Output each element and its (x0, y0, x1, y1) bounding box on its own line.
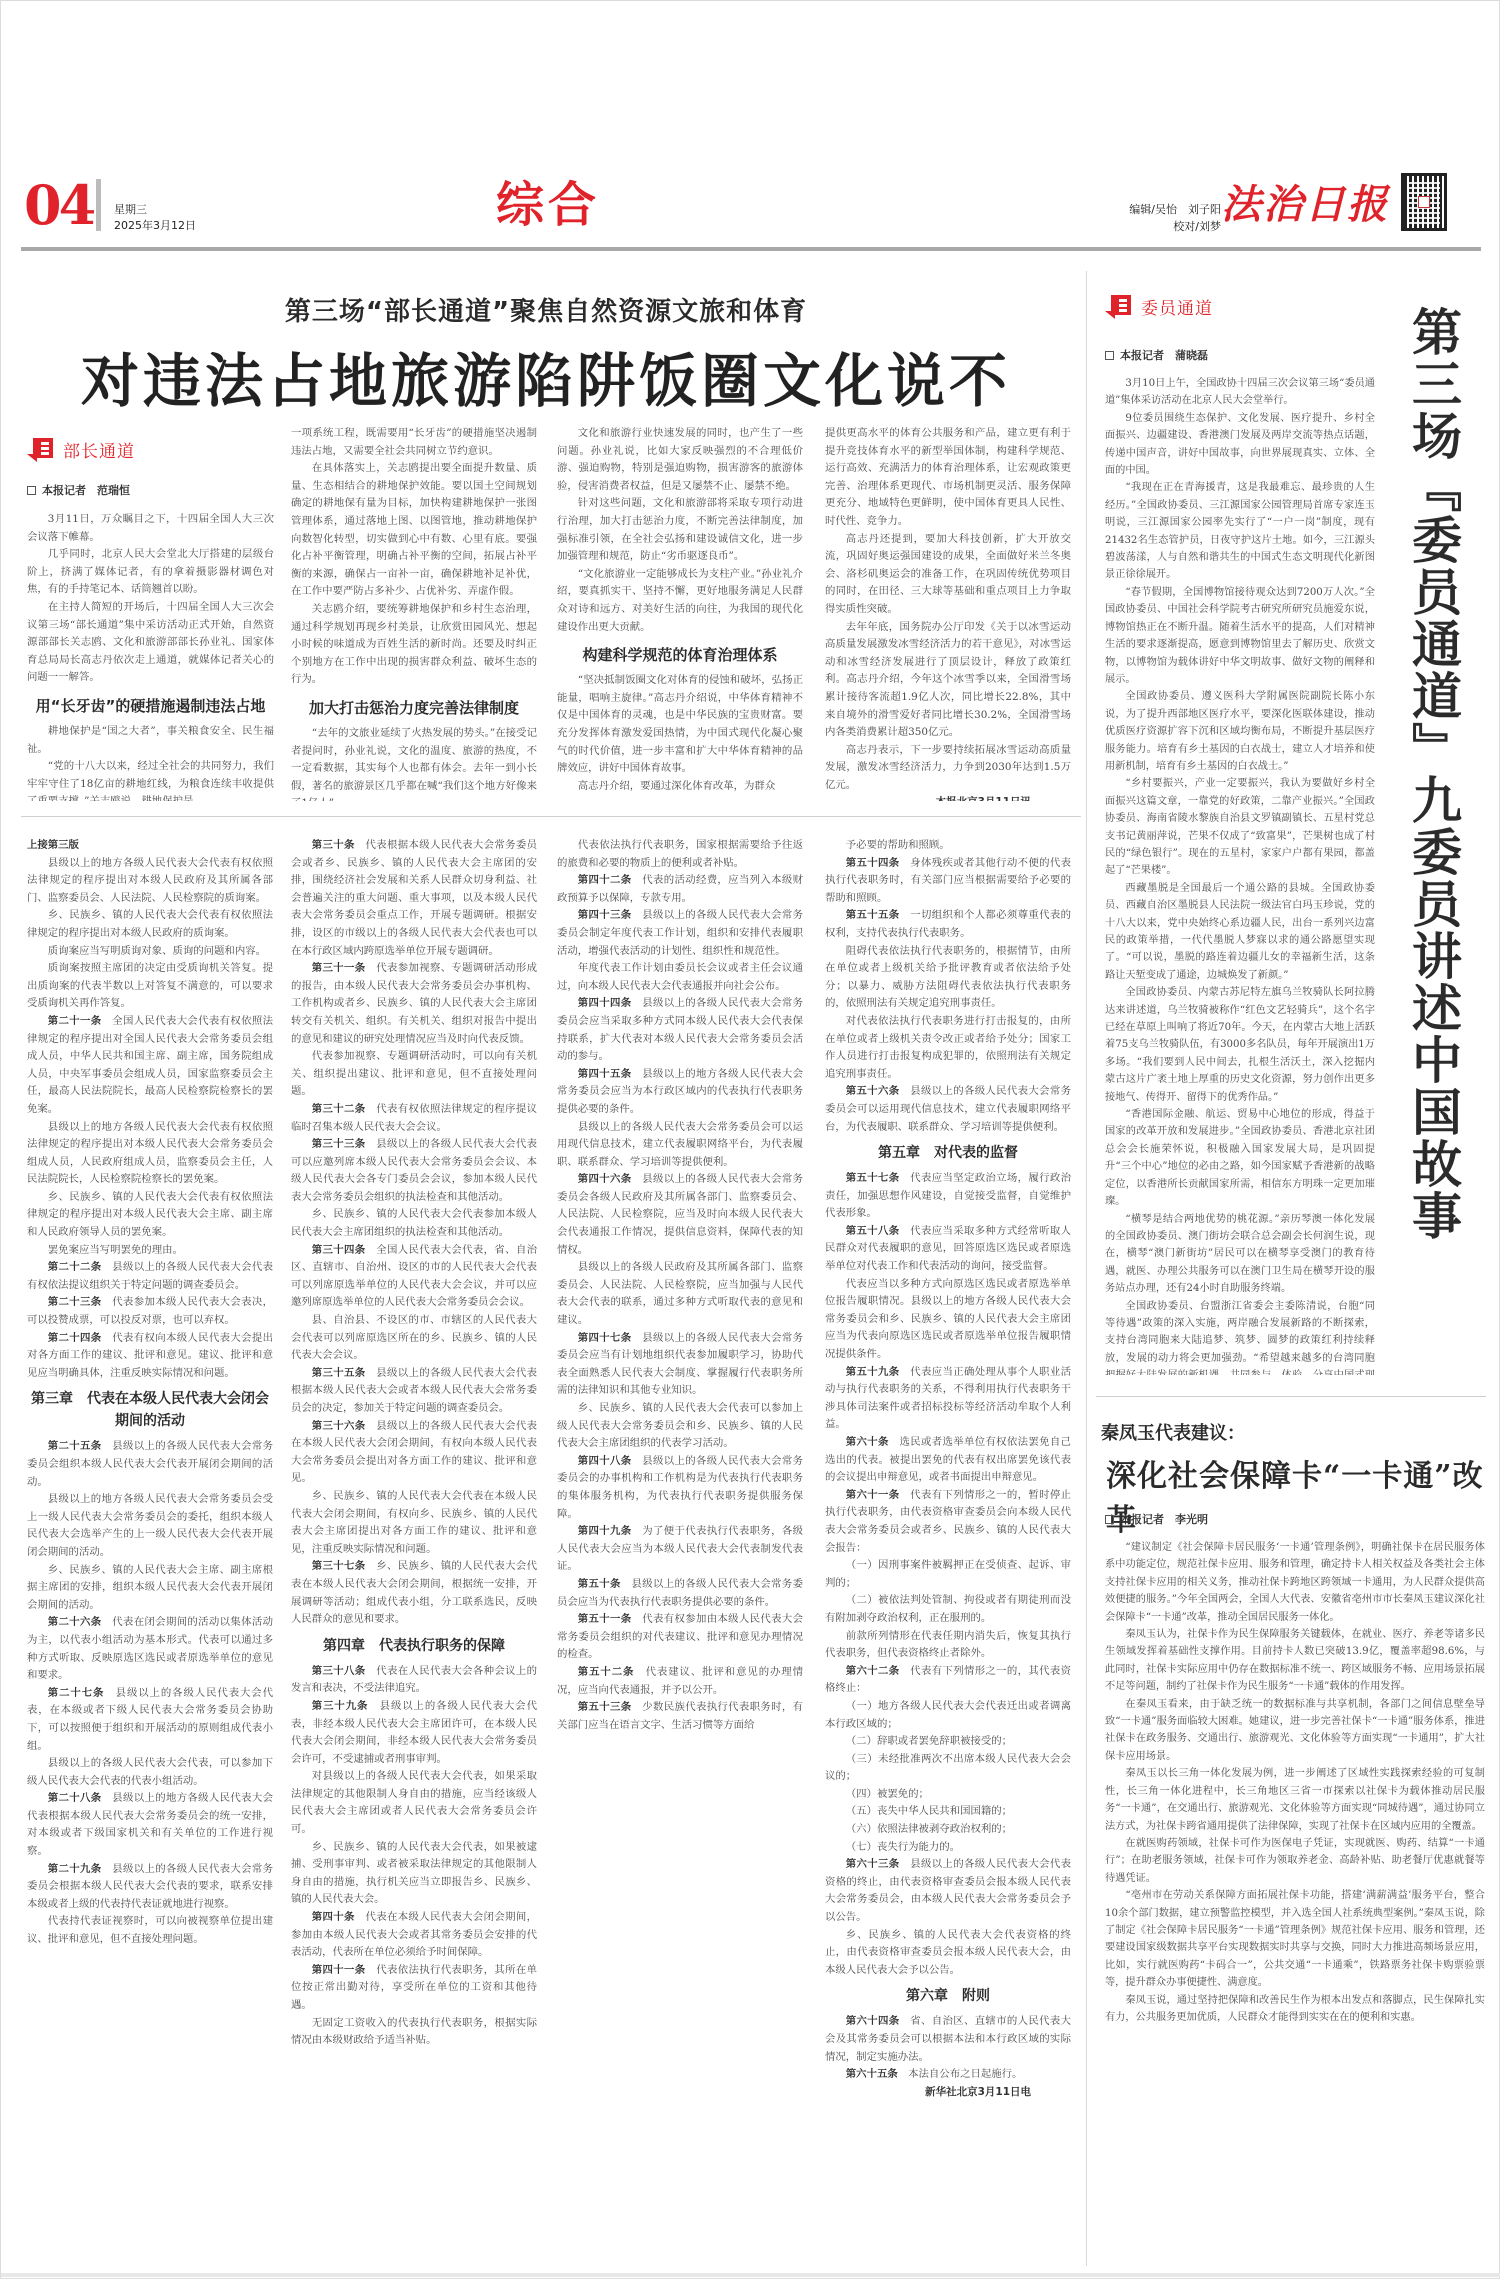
paragraph: “横琴是结合两地优势的桃花源。”亲历琴澳一体化发展的全国政协委员、澳门街坊会联合… (1105, 1211, 1375, 1298)
byline-box-icon (27, 486, 36, 495)
paragraph: 9位委员围绕生态保护、文化发展、医疗提升、乡村全面振兴、边疆建设、香港澳门发展及… (1105, 410, 1375, 480)
law-paragraph: 乡、民族乡、镇的人民代表大会代表在本级人民代表大会闭会期间，有权向乡、民族乡、镇… (291, 1488, 537, 1558)
chapter-heading: 第六章 附则 (825, 1985, 1071, 2007)
law-paragraph: （二）被依法判处管制、拘役或者有期徒刑而没有附加剥夺政治权利，正在服刑的。 (825, 1592, 1071, 1627)
article-number: 第二十三条 (48, 1296, 102, 1308)
law-paragraph: 对代表依法执行代表职务进行打击报复的，由所在单位或者上级机关责令改正或者给予处分… (825, 1013, 1071, 1083)
article-number: 第三十三条 (312, 1138, 366, 1150)
law-article: 第五十四条 身体残疾或者其他行动不便的代表执行代表职务时，有关部门应当根据需要给… (825, 855, 1071, 908)
subheading: 加大打击惩治力度完善法律制度 (291, 697, 537, 719)
law-article: 第四十三条 县级以上的各级人民代表大会常务委员会制定年度代表工作计划，组织和安排… (557, 907, 803, 960)
committee-vertical-headline: 第三场『委员通道』九委员讲述中国故事 (1393, 306, 1473, 1242)
law-paragraph: （六）依照法律被剥夺政治权利的； (825, 1821, 1071, 1839)
law-paragraph: 代表参加视察、专题调研活动时，可以向有关机关、组织提出建议、批评和意见，但不直接… (291, 1048, 537, 1101)
article-number: 第四十九条 (578, 1525, 632, 1537)
channel-tag-minister: 部长通道 (27, 437, 135, 462)
article-number: 第三十四条 (312, 1244, 366, 1256)
law-paragraph: 无固定工资收入的代表执行代表职务，根据实际情况由本级财政给予适当补贴。 (291, 2015, 537, 2050)
law-article: 第四十四条 县级以上的各级人民代表大会常务委员会应当采取多种方式同本级人民代表大… (557, 995, 803, 1065)
article-number: 第三十条 (312, 839, 355, 851)
law-article: 第四十七条 县级以上的各级人民代表大会常务委员会应当有计划地组织代表参加履职学习… (557, 1330, 803, 1400)
paragraph: 在秦凤玉看来，由于缺乏统一的数据标准与共享机制，各部门之间信息壁垒导致“一卡通”… (1105, 1696, 1485, 1766)
lead-column-3: 文化和旅游行业快速发展的同时，也产生了一些问题。孙业礼说，比如大家反映强烈的不合… (557, 425, 803, 801)
paragraph: 几乎同时，北京人民大会堂北大厅搭建的层级台阶上，挤满了媒体记者，有的拿着摄影器材… (27, 546, 274, 599)
article-number: 第六十条 (846, 1436, 889, 1448)
law-article: 第五十一条 代表有权参加由本级人民代表大会常务委员会组织的对代表建议、批评和意见… (557, 1611, 803, 1664)
law-article: 第四十八条 县级以上的各级人民代表大会常务委员会的办事机构和工作机构是为代表执行… (557, 1453, 803, 1523)
article-number: 第五十八条 (846, 1225, 900, 1237)
article-number: 第二十五条 (48, 1440, 102, 1452)
article-number: 第三十一条 (312, 962, 366, 974)
lead-column-1: 3月11日，万众瞩目之下，十四届全国人大三次会议落下帷幕。 几乎同时，北京人民大… (27, 511, 274, 801)
lead-headline: 对违法占地旅游陷阱饭圈文化说不 (1, 341, 1091, 421)
article-number: 第六十四条 (846, 2015, 900, 2027)
law-column-3: 代表依法执行代表职务，国家根据需要给予往返的旅费和必要的物质上的便利或者补贴。第… (557, 837, 803, 2267)
article-number: 第五十七条 (846, 1172, 900, 1184)
law-signoff: 新华社北京3月11日电 (825, 2084, 1071, 2102)
article-text: 本法自公布之日起施行。 (908, 2068, 1022, 2080)
social-text: “建议制定《社会保障卡居民服务‘一卡通’管理条例》，明确社保卡在居民服务体系中功… (1105, 1539, 1485, 2229)
law-paragraph: （一）因刑事案件被羁押正在受侦查、起诉、审判的； (825, 1557, 1071, 1592)
paragraph: “春节假期，全国博物馆接待观众达到7200万人次。”全国政协委员、中国社会科学院… (1105, 584, 1375, 688)
weekday: 星期三 (114, 201, 147, 217)
paragraph: “坚决抵制饭圈文化对体育的侵蚀和破坏，弘扬正能量，唱响主旋律。”高志丹介绍说，中… (557, 672, 803, 778)
law-article: 第三十八条 代表在人民代表大会各种会议上的发言和表决，不受法律追究。 (291, 1663, 537, 1698)
byline-text: 本报记者 范瑞恒 (42, 482, 130, 498)
lead-kicker: 第三场“部长通道”聚焦自然资源文旅和体育 (1, 291, 1091, 328)
law-article: 第五十七条 代表应当坚定政治立场，履行政治责任，加强思想作风建设，自觉接受监督，… (825, 1170, 1071, 1223)
law-paragraph: 县级以上的地方各级人民代表大会代表有权依照法律规定的程序提出对本级人民政府及其所… (27, 855, 273, 908)
paragraph: “香港国际金融、航运、贸易中心地位的形成，得益于国家的改革开放和发展进步。”全国… (1105, 1106, 1375, 1210)
article-number: 第五十二条 (578, 1666, 635, 1678)
law-column-2: 第三十条 代表根据本级人民代表大会常务委员会或者乡、民族乡、镇的人民代表大会主席… (291, 837, 537, 2267)
page-number-divider (96, 179, 101, 231)
article-number: 第四十条 (312, 1911, 355, 1923)
law-article: 第五十三条 少数民族代表执行代表职务时，有关部门应当在语言文字、生活习惯等方面给 (557, 1699, 803, 1734)
committee-text-narrow: 3月10日上午，全国政协十四届三次会议第三场“委员通道”集体采访活动在北京人民大… (1105, 375, 1375, 1375)
paragraph: 3月10日上午，全国政协十四届三次会议第三场“委员通道”集体采访活动在北京人民大… (1105, 375, 1375, 410)
law-paragraph: （七）丧失行为能力的。 (825, 1839, 1071, 1857)
law-paragraph: （五）丧失中华人民共和国国籍的； (825, 1803, 1071, 1821)
law-article: 第五十六条 县级以上的各级人民代表大会常务委员会可以运用现代信息技术，建立代表履… (825, 1083, 1071, 1136)
article-number: 第二十七条 (48, 1687, 105, 1699)
social-kicker: 秦凤玉代表建议： (1101, 1419, 1245, 1445)
paragraph: 提供更高水平的体育公共服务和产品，建立更有利于提升竞技体育水平的新型举国体制，构… (825, 425, 1071, 531)
article-text: 代表参加视察、专题调研活动形成的报告，由本级人民代表大会常务委员会办事机构、工作… (291, 962, 537, 1044)
law-article: 第六十条 选民或者选举单位有权依法罢免自己选出的代表。被提出罢免的代表有权出席罢… (825, 1434, 1071, 1487)
law-paragraph: 县级以上的各级人民代表大会常务委员会可以运用现代信息技术，建立代表履职网络平台，… (557, 1119, 803, 1172)
article-number: 第三十五条 (312, 1367, 366, 1379)
law-article: 第六十二条 代表有下列情形之一的，其代表资格终止： (825, 1663, 1071, 1698)
article-text: 县级以上的各级人民代表大会常务委员会各级人民政府及其所属各部门、监察委员会、人民… (557, 1173, 803, 1255)
article-number: 第六十一条 (846, 1489, 900, 1501)
law-article: 第五十条 县级以上的各级人民代表大会常务委员会应当为代表执行代表职务提供必要的条… (557, 1576, 803, 1611)
paragraph: 秦凤玉认为，社保卡作为民生保障服务关键载体，在就业、医疗、养老等诸多民生领域发挥… (1105, 1626, 1485, 1696)
law-paragraph: 乡、民族乡、镇的人民代表大会代表参加本级人民代表大会主席团组织的执法检查和其他活… (291, 1206, 537, 1241)
law-article: 第三十七条 乡、民族乡、镇的人民代表大会代表在本级人民代表大会闭会期间，根据统一… (291, 1558, 537, 1628)
paragraph: 文化和旅游行业快速发展的同时，也产生了一些问题。孙业礼说，比如大家反映强烈的不合… (557, 425, 803, 495)
article-number: 第三十六条 (312, 1420, 366, 1432)
law-article: 第三十九条 县级以上的各级人民代表大会代表，非经本级人民代表大会主席团许可，在本… (291, 1698, 537, 1768)
article-number: 第四十六条 (578, 1173, 632, 1185)
law-paragraph: 乡、民族乡、镇的人民代表大会代表，如果被逮捕、受刑事审判、或者被采取法律规定的其… (291, 1839, 537, 1909)
editors: 编辑/吴怡 刘子阳 (1061, 201, 1221, 218)
paragraph: 高志丹还提到，要加大科技创新，扩大开放交流，巩固好奥运强国建设的成果，全面做好米… (825, 531, 1071, 619)
masthead-rule (21, 247, 1481, 251)
article-number: 第四十一条 (312, 1964, 366, 1976)
article-number: 第三十八条 (312, 1665, 366, 1677)
law-article: 第三十六条 县级以上的各级人民代表大会代表在本级人民代表大会闭会期间，有权向本级… (291, 1418, 537, 1488)
law-paragraph: 代表应当以多种方式向原选区选民或者原选举单位报告履职情况。县级以上的地方各级人民… (825, 1276, 1071, 1364)
law-paragraph: 质询案按照主席团的决定由受质询机关答复。提出质询案的代表半数以上对答复不满意的，… (27, 960, 273, 1013)
channel-label: 委员通道 (1141, 294, 1213, 319)
article-number: 第六十三条 (846, 1858, 900, 1870)
law-article: 第三十三条 县级以上的各级人民代表大会代表可以应邀列席本级人民代表大会常务委员会… (291, 1136, 537, 1206)
law-paragraph: （四）被罢免的； (825, 1786, 1071, 1804)
law-column-1: 上接第三版 县级以上的地方各级人民代表大会代表有权依照法律规定的程序提出对本级人… (27, 837, 273, 2267)
paragraph: 在主持人简短的开场后，十四届全国人大三次会议第三场“部长通道”集中采访活动正式开… (27, 599, 274, 687)
law-paragraph: 年度代表工作计划由委员长会议或者主任会议通过，向本级人民代表大会代表通报并向社会… (557, 960, 803, 995)
newspaper-page: 04 星期三 2025年3月12日 综合 编辑/吴怡 刘子阳 校对/刘梦 法治日… (0, 0, 1500, 2279)
article-number: 第五十三条 (578, 1701, 632, 1713)
article-number: 第五十一条 (578, 1613, 632, 1625)
law-article: 第四十九条 为了便于代表执行代表职务，各级人民代表大会应当为本级人民代表大会代表… (557, 1523, 803, 1576)
law-article: 第二十九条 县级以上的各级人民代表大会常务委员会根据本级人民代表大会代表的要求，… (27, 1861, 273, 1914)
channel-logo-icon (1105, 295, 1133, 319)
page-number: 04 (24, 175, 93, 235)
law-article: 第六十四条 省、自治区、直辖市的人民代表大会及其常务委员会可以根据本法和本行政区… (825, 2013, 1071, 2066)
article-text: 全国人民代表大会代表有权依照法律规定的程序提出对全国人民代表大会常务委员会组成人… (27, 1015, 273, 1115)
paragraph: 高志丹介绍，要通过深化体育改革，为群众 (557, 778, 803, 796)
byline-text: 本报记者 蒲晓磊 (1120, 347, 1208, 363)
law-article: 第五十五条 一切组织和个人都必须尊重代表的权利，支持代表执行代表职务。 (825, 907, 1071, 942)
committee-byline: 本报记者 蒲晓磊 (1105, 347, 1208, 363)
section-divider (1096, 1396, 1486, 1397)
article-number: 第六十二条 (846, 1665, 900, 1677)
article-number: 第三十九条 (312, 1700, 369, 1712)
paragraph: “亳州市在劳动关系保障方面拓展社保卡功能，搭建‘满薪满益’服务平台，整合10余个… (1105, 1887, 1485, 1991)
law-article: 第四十五条 县级以上的地方各级人民代表大会常务委员会应当为本行政区域内的代表执行… (557, 1066, 803, 1119)
article-number: 第三十二条 (312, 1103, 366, 1115)
law-paragraph: 乡、民族乡、镇的人民代表大会代表有权依照法律规定的程序提出对本级人民代表大会主席… (27, 1189, 273, 1242)
paragraph: 3月11日，万众瞩目之下，十四届全国人大三次会议落下帷幕。 (27, 511, 274, 546)
section-divider (21, 816, 1081, 817)
paragraph: 在就医购药领域，社保卡可作为医保电子凭证，实现就医、购药、结算“一卡通行”；在助… (1105, 1835, 1485, 1887)
qr-center-logo (1418, 196, 1430, 208)
law-paragraph: （三）未经批准两次不出席本级人民代表大会会议的； (825, 1751, 1071, 1786)
law-paragraph: 乡、民族乡、镇的人民代表大会代表资格的终止，由代表资格审查委员会报本级人民代表大… (825, 1927, 1071, 1980)
article-number: 第二十一条 (48, 1015, 102, 1027)
chapter-heading: 第三章 代表在本级人民代表大会闭会期间的活动 (27, 1388, 273, 1432)
proofreader: 校对/刘梦 (1061, 218, 1221, 235)
article-number: 第四十七条 (578, 1332, 632, 1344)
channel-tag-committee: 委员通道 (1105, 294, 1213, 319)
law-article: 第三十五条 县级以上的各级人民代表大会代表根据本级人民代表大会或者本级人民代表大… (291, 1365, 537, 1418)
law-paragraph: 乡、民族乡、镇的人民代表大会主席、副主席根据主席团的安排，组织本级人民代表大会代… (27, 1562, 273, 1615)
law-article: 第六十五条 本法自公布之日起施行。 (825, 2066, 1071, 2084)
article-number: 第五十条 (578, 1578, 621, 1590)
article-number: 第四十三条 (578, 909, 632, 921)
law-article: 第四十六条 县级以上的各级人民代表大会常务委员会各级人民政府及其所属各部门、监察… (557, 1171, 803, 1259)
law-article: 第二十三条 代表参加本级人民代表大会表决，可以投赞成票，可以投反对票，也可以弃权… (27, 1294, 273, 1329)
law-paragraph: 质询案应当写明质询对象、质询的问题和内容。 (27, 943, 273, 961)
paragraph: “党的十八大以来，经过全社会的共同努力，我们牢牢守住了18亿亩的耕地红线，为粮食… (27, 758, 274, 801)
law-article: 第二十六条 代表在闭会期间的活动以集体活动为主，以代表小组活动为基本形式。代表可… (27, 1614, 273, 1684)
qr-code-icon[interactable] (1401, 173, 1447, 231)
channel-logo-icon (27, 438, 55, 462)
article-number: 第四十二条 (578, 874, 632, 886)
law-paragraph: 对县级以上的各级人民代表大会代表，如果采取法律规定的其他限制人身自由的措施，应当… (291, 1768, 537, 1838)
paragraph: 秦凤玉以长三角一体化发展为例，进一步阐述了区域性实践探索经验的可复制性，长三角一… (1105, 1765, 1485, 1835)
law-article: 第二十八条 县级以上的地方各级人民代表大会代表根据本级人民代表大会常务委员会的统… (27, 1790, 273, 1860)
byline-text: 本报记者 李光明 (1120, 1511, 1208, 1527)
law-paragraph: 代表依法执行代表职务，国家根据需要给予往返的旅费和必要的物质上的便利或者补贴。 (557, 837, 803, 872)
law-article: 第五十九条 代表应当正确处理从事个人职业活动与执行代表职务的关系，不得利用执行代… (825, 1364, 1071, 1434)
law-paragraph: 县、自治县、不设区的市、市辖区的人民代表大会代表可以列席原选区所在的乡、民族乡、… (291, 1312, 537, 1365)
article-number: 第五十四条 (846, 857, 900, 869)
paragraph: 耕地保护是“国之大者”，事关粮食安全、民生福祉。 (27, 723, 274, 758)
paragraph: 全国政协委员、台盟浙江省委会主委陈清说，台胞“同等待遇”政策的深入实施，两岸融合… (1105, 1298, 1375, 1375)
paragraph: “我现在正在青海援青，这是我最难忘、最珍贵的人生经历。”全国政协委员、三江源国家… (1105, 479, 1375, 583)
paragraph: 西藏墨脱是全国最后一个通公路的县城。全国政协委员、西藏自治区墨脱县人民法院一级法… (1105, 880, 1375, 984)
lead-byline: 本报记者 范瑞恒 (27, 482, 130, 498)
law-paragraph: 县级以上的地方各级人民代表大会代表有权依照法律规定的程序提出对本级人民代表大会常… (27, 1119, 273, 1189)
law-article: 第五十八条 代表应当采取多种方式经常听取人民群众对代表履职的意见，回答原选区选民… (825, 1223, 1071, 1276)
article-text: 代表根据本级人民代表大会常务委员会或者乡、民族乡、镇的人民代表大会主席团的安排，… (291, 839, 537, 957)
issue-date: 2025年3月12日 (114, 217, 196, 233)
paragraph: 关志鸥介绍，要统筹耕地保护和乡村生态治理，通过科学规划再现乡村美景，让欣赏田园风… (291, 601, 537, 689)
law-paragraph: 乡、民族乡、镇的人民代表大会代表可以参加上级人民代表大会常务委员会和乡、民族乡、… (557, 1400, 803, 1453)
article-number: 第二十六条 (48, 1616, 102, 1628)
law-paragraph: 罢免案应当写明罢免的理由。 (27, 1242, 273, 1260)
law-article: 第二十七条 县级以上的各级人民代表大会代表，在本级或者下级人民代表大会常务委员会… (27, 1685, 273, 1755)
law-paragraph: 县级以上的各级人民代表大会代表，可以参加下级人民代表大会代表的代表小组活动。 (27, 1755, 273, 1790)
article-number: 第二十八条 (48, 1792, 102, 1804)
lead-column-4: 提供更高水平的体育公共服务和产品，建立更有利于提升竞技体育水平的新型举国体制，构… (825, 425, 1071, 801)
subheading: 构建科学规范的体育治理体系 (557, 644, 803, 666)
paragraph: 秦凤玉说，通过坚持把保障和改善民生作为根本出发点和落脚点，民生保障扎实有力，公共… (1105, 1992, 1485, 2027)
masthead: 04 星期三 2025年3月12日 综合 编辑/吴怡 刘子阳 校对/刘梦 法治日… (21, 171, 1500, 251)
article-number: 第四十五条 (578, 1068, 632, 1080)
law-paragraph: （一）地方各级人民代表大会代表迁出或者调离本行政区域的； (825, 1698, 1071, 1733)
law-paragraph: 代表持代表证视察时，可以向被视察单位提出建议、批评和意见，但不直接处理问题。 (27, 1913, 273, 1948)
paragraph: “乡村要振兴，产业一定要振兴，我认为要做好乡村全面振兴这篇文章，一靠党的好政策，… (1105, 775, 1375, 879)
byline-box-icon (1105, 351, 1114, 360)
article-number: 第四十四条 (578, 997, 632, 1009)
lead-column-2: 一项系统工程，既需要用“长牙齿”的硬措施坚决遏制违法占地，又需要全社会共同树立节… (291, 425, 537, 801)
paragraph: 一项系统工程，既需要用“长牙齿”的硬措施坚决遏制违法占地，又需要全社会共同树立节… (291, 425, 537, 460)
paragraph: “建议制定《社会保障卡居民服务‘一卡通’管理条例》，明确社保卡在居民服务体系中功… (1105, 1539, 1485, 1626)
editor-credits: 编辑/吴怡 刘子阳 校对/刘梦 (1061, 201, 1221, 235)
column-divider (1086, 271, 1087, 2266)
law-article: 第三十二条 代表有权依照法律规定的程序提议临时召集本级人民代表大会会议。 (291, 1101, 537, 1136)
article-number: 第二十四条 (48, 1332, 102, 1344)
paragraph: 高志丹表示，下一步要持续拓展冰雪运动高质量发展，激发冰雪经济活力，力争到2030… (825, 742, 1071, 795)
paragraph: 针对这些问题，文化和旅游部将采取专项行动进行治理，加大打击惩治力度，不断完善法律… (557, 495, 803, 565)
law-column-4: 予必要的帮助和照顾。第五十四条 身体残疾或者其他行动不便的代表执行代表职务时，有… (825, 837, 1071, 2267)
paragraph: 在具体落实上，关志鸥提出要全面提升数量、质量、生态相结合的耕地保护效能。要以国土… (291, 460, 537, 601)
paragraph: 去年年底，国务院办公厅印发《关于以冰雪运动高质量发展激发冰雪经济活力的若干意见》… (825, 619, 1071, 742)
paragraph: “去年的文旅业延续了火热发展的势头。”在接受记者提问时，孙业礼说，文化的温度、旅… (291, 725, 537, 801)
page-bottom-rule (1, 2273, 1500, 2277)
article-number: 第五十六条 (846, 1085, 900, 1097)
law-article: 第六十一条 代表有下列情形之一的，暂时停止执行代表职务，由代表资格审查委员会向本… (825, 1487, 1071, 1557)
subheading: 用“长牙齿”的硬措施遏制违法占地 (27, 695, 274, 717)
newspaper-logo: 法治日报 (1221, 175, 1389, 235)
article-number: 第二十九条 (48, 1863, 102, 1875)
law-paragraph: 乡、民族乡、镇的人民代表大会代表有权依照法律规定的程序提出对本级人民政府的质询案… (27, 907, 273, 942)
article-number: 第四十八条 (578, 1455, 632, 1467)
law-paragraph: 予必要的帮助和照顾。 (825, 837, 1071, 855)
chapter-heading: 第五章 对代表的监督 (825, 1142, 1071, 1164)
law-article: 第三十一条 代表参加视察、专题调研活动形成的报告，由本级人民代表大会常务委员会办… (291, 960, 537, 1048)
law-article: 第六十三条 县级以上的各级人民代表大会代表资格的终止，由代表资格审查委员会报本级… (825, 1856, 1071, 1926)
article-number: 第二十二条 (48, 1261, 102, 1273)
law-article: 第二十五条 县级以上的各级人民代表大会常务委员会组织本级人民代表大会代表开展闭会… (27, 1438, 273, 1491)
continued-label: 上接第三版 (27, 837, 273, 855)
paragraph: “文化旅游业一定能够成长为支柱产业。”孙业礼介绍，要真抓实干、坚持不懈，更好地服… (557, 566, 803, 636)
paragraph: 全国政协委员、内蒙古苏尼特左旗乌兰牧骑队长阿拉腾达来讲述道，乌兰牧骑被称作“红色… (1105, 984, 1375, 1106)
law-paragraph: 阻碍代表依法执行代表职务的，根据情节，由所在单位或者上级机关给予批评教育或者依法… (825, 943, 1071, 1013)
dateline: 本报北京3月11日讯 (825, 794, 1071, 801)
law-article: 第二十四条 代表有权向本级人民代表大会提出对各方面工作的建议、批评和意见。建议、… (27, 1330, 273, 1383)
law-paragraph: 县级以上的地方各级人民代表大会常务委员会受上一级人民代表大会常务委员会的委托，组… (27, 1491, 273, 1561)
article-number: 第三十七条 (312, 1560, 366, 1572)
law-article: 第三十四条 全国人民代表大会代表，省、自治区、直辖市、自治州、设区的市的人民代表… (291, 1242, 537, 1312)
law-article: 第四十二条 代表的活动经费，应当列入本级财政预算予以保障，专款专用。 (557, 872, 803, 907)
law-article: 第五十二条 代表建议、批评和意见的办理情况，应当向代表通报，并予以公开。 (557, 1664, 803, 1699)
paragraph: 全国政协委员、遵义医科大学附属医院副院长陈小东说，为了提升西部地区医疗水平，要深… (1105, 688, 1375, 775)
chapter-heading: 第四章 代表执行职务的保障 (291, 1635, 537, 1657)
law-article: 第四十一条 代表依法执行代表职务，其所在单位按正常出勤对待，享受所在单位的工资和… (291, 1962, 537, 2015)
law-article: 第二十一条 全国人民代表大会代表有权依照法律规定的程序提出对全国人民代表大会常务… (27, 1013, 273, 1119)
law-paragraph: 县级以上的各级人民政府及其所属各部门、监察委员会、人民法院、人民检察院，应当加强… (557, 1259, 803, 1329)
byline-box-icon (1105, 1515, 1114, 1524)
law-paragraph: 前款所列情形在代表任期内消失后，恢复其执行代表职务，但代表资格终止者除外。 (825, 1628, 1071, 1663)
article-number: 第六十五条 (846, 2068, 898, 2080)
article-number: 第五十五条 (846, 909, 900, 921)
law-article: 第二十二条 县级以上的各级人民代表大会代表有权依法提议组织关于特定问题的调查委员… (27, 1259, 273, 1294)
social-byline: 本报记者 李光明 (1105, 1511, 1208, 1527)
article-number: 第五十九条 (846, 1366, 900, 1378)
law-article: 第三十条 代表根据本级人民代表大会常务委员会或者乡、民族乡、镇的人民代表大会主席… (291, 837, 537, 960)
section-title: 综合 (496, 171, 600, 239)
law-paragraph: （二）辞职或者罢免辞职被接受的； (825, 1733, 1071, 1751)
law-article: 第四十条 代表在本级人民代表大会闭会期间，参加由本级人民代表大会或者其常务委员会… (291, 1909, 537, 1962)
channel-label: 部长通道 (63, 437, 135, 462)
